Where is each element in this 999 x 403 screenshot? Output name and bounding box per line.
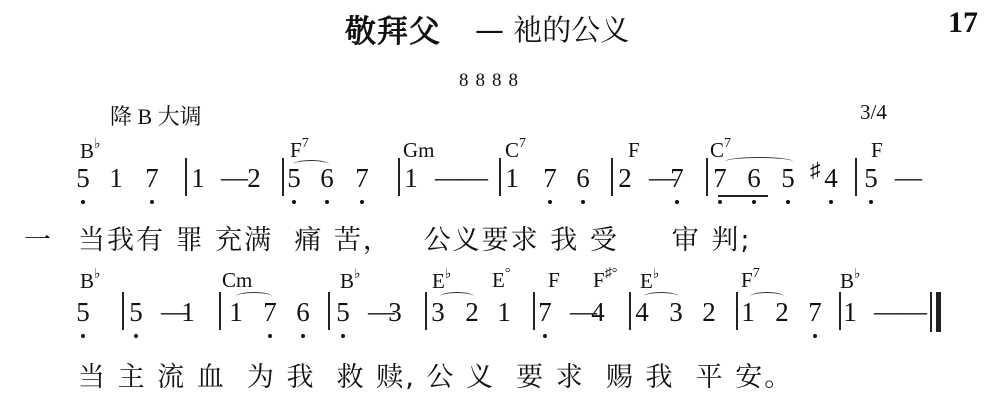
lower-octave-dot (675, 200, 679, 204)
note: 7 (535, 297, 555, 328)
bar-line (122, 292, 124, 330)
lyrics-line-1: 当我有 罪 充满 痛 苦， 公义要求 我 受 审 判; (78, 218, 751, 257)
hymn-title: 敬拜父 (345, 6, 441, 51)
note: 6 (744, 163, 764, 194)
time-signature: 3/4 (860, 100, 887, 125)
lower-octave-dot (341, 334, 345, 338)
lower-octave-dot (752, 200, 756, 204)
chord-symbol: B♭ (340, 268, 361, 294)
slur (644, 292, 678, 301)
eighth-note-beam (718, 195, 768, 197)
note: 1 (502, 163, 522, 194)
bar-line (736, 292, 738, 330)
note: 6 (293, 297, 313, 328)
chord-symbol: B♭ (840, 268, 861, 294)
lower-octave-dot (81, 200, 85, 204)
note: 3 (666, 297, 686, 328)
lower-octave-dot (718, 200, 722, 204)
meter-label: 8888 (459, 70, 525, 92)
bar-line (855, 158, 857, 196)
note: 1 (178, 297, 198, 328)
note: 7 (260, 297, 280, 328)
bar-line (629, 292, 631, 330)
bar-line (839, 292, 841, 330)
slur (440, 292, 474, 301)
hold-dash: — (874, 296, 901, 327)
bar-line (425, 292, 427, 330)
bar-line (219, 292, 221, 330)
bar-line (328, 292, 330, 330)
bar-line (398, 158, 400, 196)
chord-symbol: B♭ (80, 268, 101, 294)
bar-line (611, 158, 613, 196)
note: 7 (352, 163, 372, 194)
note: 1 (188, 163, 208, 194)
slur (725, 157, 793, 166)
hold-dash: — (895, 162, 922, 193)
chord-symbol: F♯° (593, 268, 617, 293)
note: 5 (333, 297, 353, 328)
lyrics-verse-number: 一 (24, 218, 53, 257)
bar-line (185, 158, 187, 196)
note: 2 (615, 163, 635, 194)
lower-octave-dot (301, 334, 305, 338)
bar-line (533, 292, 535, 330)
lower-octave-dot (150, 200, 154, 204)
lower-octave-dot (869, 200, 873, 204)
note: 2 (462, 297, 482, 328)
note: 3 (385, 297, 405, 328)
sharp-accidental: ♯ (810, 158, 821, 183)
note: 1 (226, 297, 246, 328)
note: 2 (772, 297, 792, 328)
chord-symbol: Cm (222, 268, 252, 293)
chord-symbol: B♭ (80, 138, 101, 164)
note: 7 (710, 163, 730, 194)
final-bar-thick (936, 292, 941, 332)
hold-dash: — (900, 296, 927, 327)
lower-octave-dot (81, 334, 85, 338)
lower-octave-dot (829, 200, 833, 204)
hold-dash: — (461, 162, 488, 193)
lower-octave-dot (134, 334, 138, 338)
lower-octave-dot (786, 200, 790, 204)
lower-octave-dot (543, 334, 547, 338)
chord-symbol: E♭ (432, 268, 451, 294)
note: 5 (861, 163, 881, 194)
lyrics-line-2: 当 主 流 血 为 我 救 赎, 公 义 要 求 赐 我 平 安。 (78, 355, 793, 394)
bar-line (706, 158, 708, 196)
note: 4 (588, 297, 608, 328)
chord-symbol: C7 (505, 138, 526, 163)
lower-octave-dot (325, 200, 329, 204)
note: 2 (244, 163, 264, 194)
lower-octave-dot (268, 334, 272, 338)
chord-symbol: F (871, 138, 883, 163)
note: 1 (494, 297, 514, 328)
note: 4 (632, 297, 652, 328)
note: 5 (778, 163, 798, 194)
chord-symbol: F (548, 268, 560, 293)
note: 3 (428, 297, 448, 328)
hold-dash: — (435, 162, 462, 193)
note: 1 (738, 297, 758, 328)
note: 7 (667, 163, 687, 194)
lower-octave-dot (360, 200, 364, 204)
hymn-subtitle: — 祂的公义 (475, 8, 629, 49)
lower-octave-dot (813, 334, 817, 338)
key-signature: 降 B 大调 (110, 100, 202, 131)
lower-octave-dot (548, 200, 552, 204)
lower-octave-dot (581, 200, 585, 204)
note: 5 (126, 297, 146, 328)
final-bar-thin (930, 292, 932, 332)
chord-symbol: E♭ (640, 268, 659, 294)
note: 6 (573, 163, 593, 194)
note: 5 (73, 297, 93, 328)
note: 7 (142, 163, 162, 194)
chord-symbol: F7 (741, 268, 760, 293)
slur (236, 292, 272, 301)
chord-symbol: Gm (403, 138, 435, 163)
chord-symbol: F (628, 138, 640, 163)
lower-octave-dot (292, 200, 296, 204)
note: 7 (805, 297, 825, 328)
note: 5 (73, 163, 93, 194)
chord-symbol: E° (492, 268, 510, 293)
bar-line (282, 158, 284, 196)
note: 4 (821, 163, 841, 194)
note: 2 (699, 297, 719, 328)
note: 1 (401, 163, 421, 194)
hymn-number: 17 (948, 6, 978, 40)
bar-line (499, 158, 501, 196)
note: 7 (540, 163, 560, 194)
note: 1 (840, 297, 860, 328)
note: 1 (106, 163, 126, 194)
slur (293, 160, 329, 169)
slur (750, 292, 784, 301)
